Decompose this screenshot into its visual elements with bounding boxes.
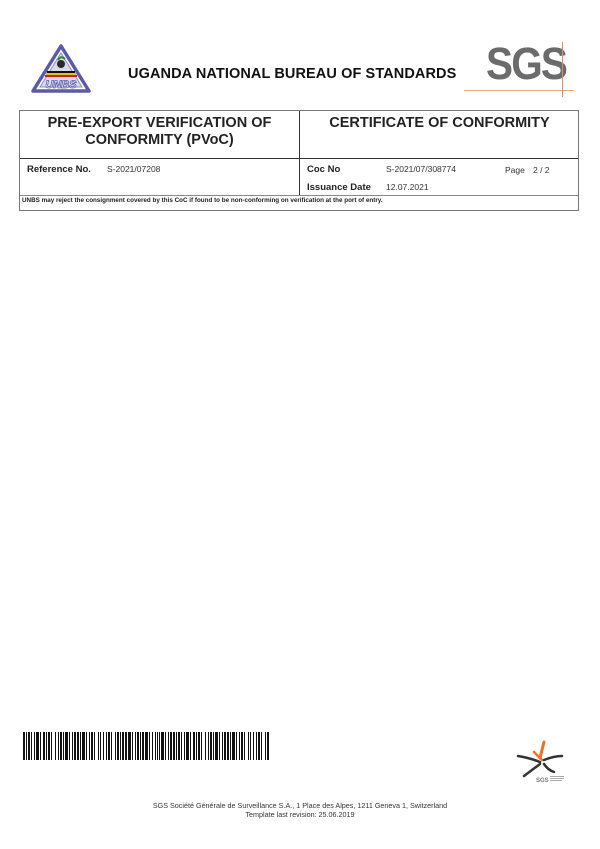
footer: SGS Société Générale de Surveillance S.A… — [0, 801, 600, 819]
svg-text:UNBS: UNBS — [45, 79, 77, 91]
agency-title: UGANDA NATIONAL BUREAU OF STANDARDS — [128, 66, 456, 82]
coc-value: S-2021/07/308774 — [386, 164, 456, 174]
footer-address: SGS Société Générale de Surveillance S.A… — [0, 801, 600, 810]
reference-value: S-2021/07208 — [107, 164, 160, 174]
sgs-mark-icon: SGS — [514, 738, 570, 784]
issuance-date-value: 12.07.2021 — [386, 182, 429, 192]
sgs-logo-text: SGS — [486, 41, 566, 86]
column-divider — [299, 111, 300, 195]
svg-text:SGS: SGS — [536, 778, 549, 784]
pvoc-title-line2: CONFORMITY (PVoC) — [20, 132, 299, 149]
coc-label: Coc No — [307, 164, 340, 175]
page-label: Page — [505, 165, 525, 175]
certificate-title: CERTIFICATE OF CONFORMITY — [300, 115, 579, 131]
pvoc-title: PRE-EXPORT VERIFICATION OF CONFORMITY (P… — [20, 115, 299, 149]
unbs-logo: UNBS — [30, 44, 92, 94]
page-value: 2 / 2 — [533, 165, 550, 175]
reference-label: Reference No. — [27, 164, 91, 175]
sgs-logo-horizontal-line — [464, 90, 574, 91]
sgs-logo-vertical-line — [562, 42, 563, 97]
pvoc-title-line1: PRE-EXPORT VERIFICATION OF — [20, 115, 299, 132]
barcode — [23, 732, 269, 760]
sgs-logo: SGS — [462, 40, 582, 98]
notice-row: UNBS may reject the consignment covered … — [20, 195, 578, 210]
rejection-notice: UNBS may reject the consignment covered … — [22, 197, 383, 204]
certificate-header-table: PRE-EXPORT VERIFICATION OF CONFORMITY (P… — [19, 110, 579, 211]
footer-revision: Template last revision: 25.06.2019 — [0, 810, 600, 819]
issuance-date-label: Issuance Date — [307, 182, 371, 193]
